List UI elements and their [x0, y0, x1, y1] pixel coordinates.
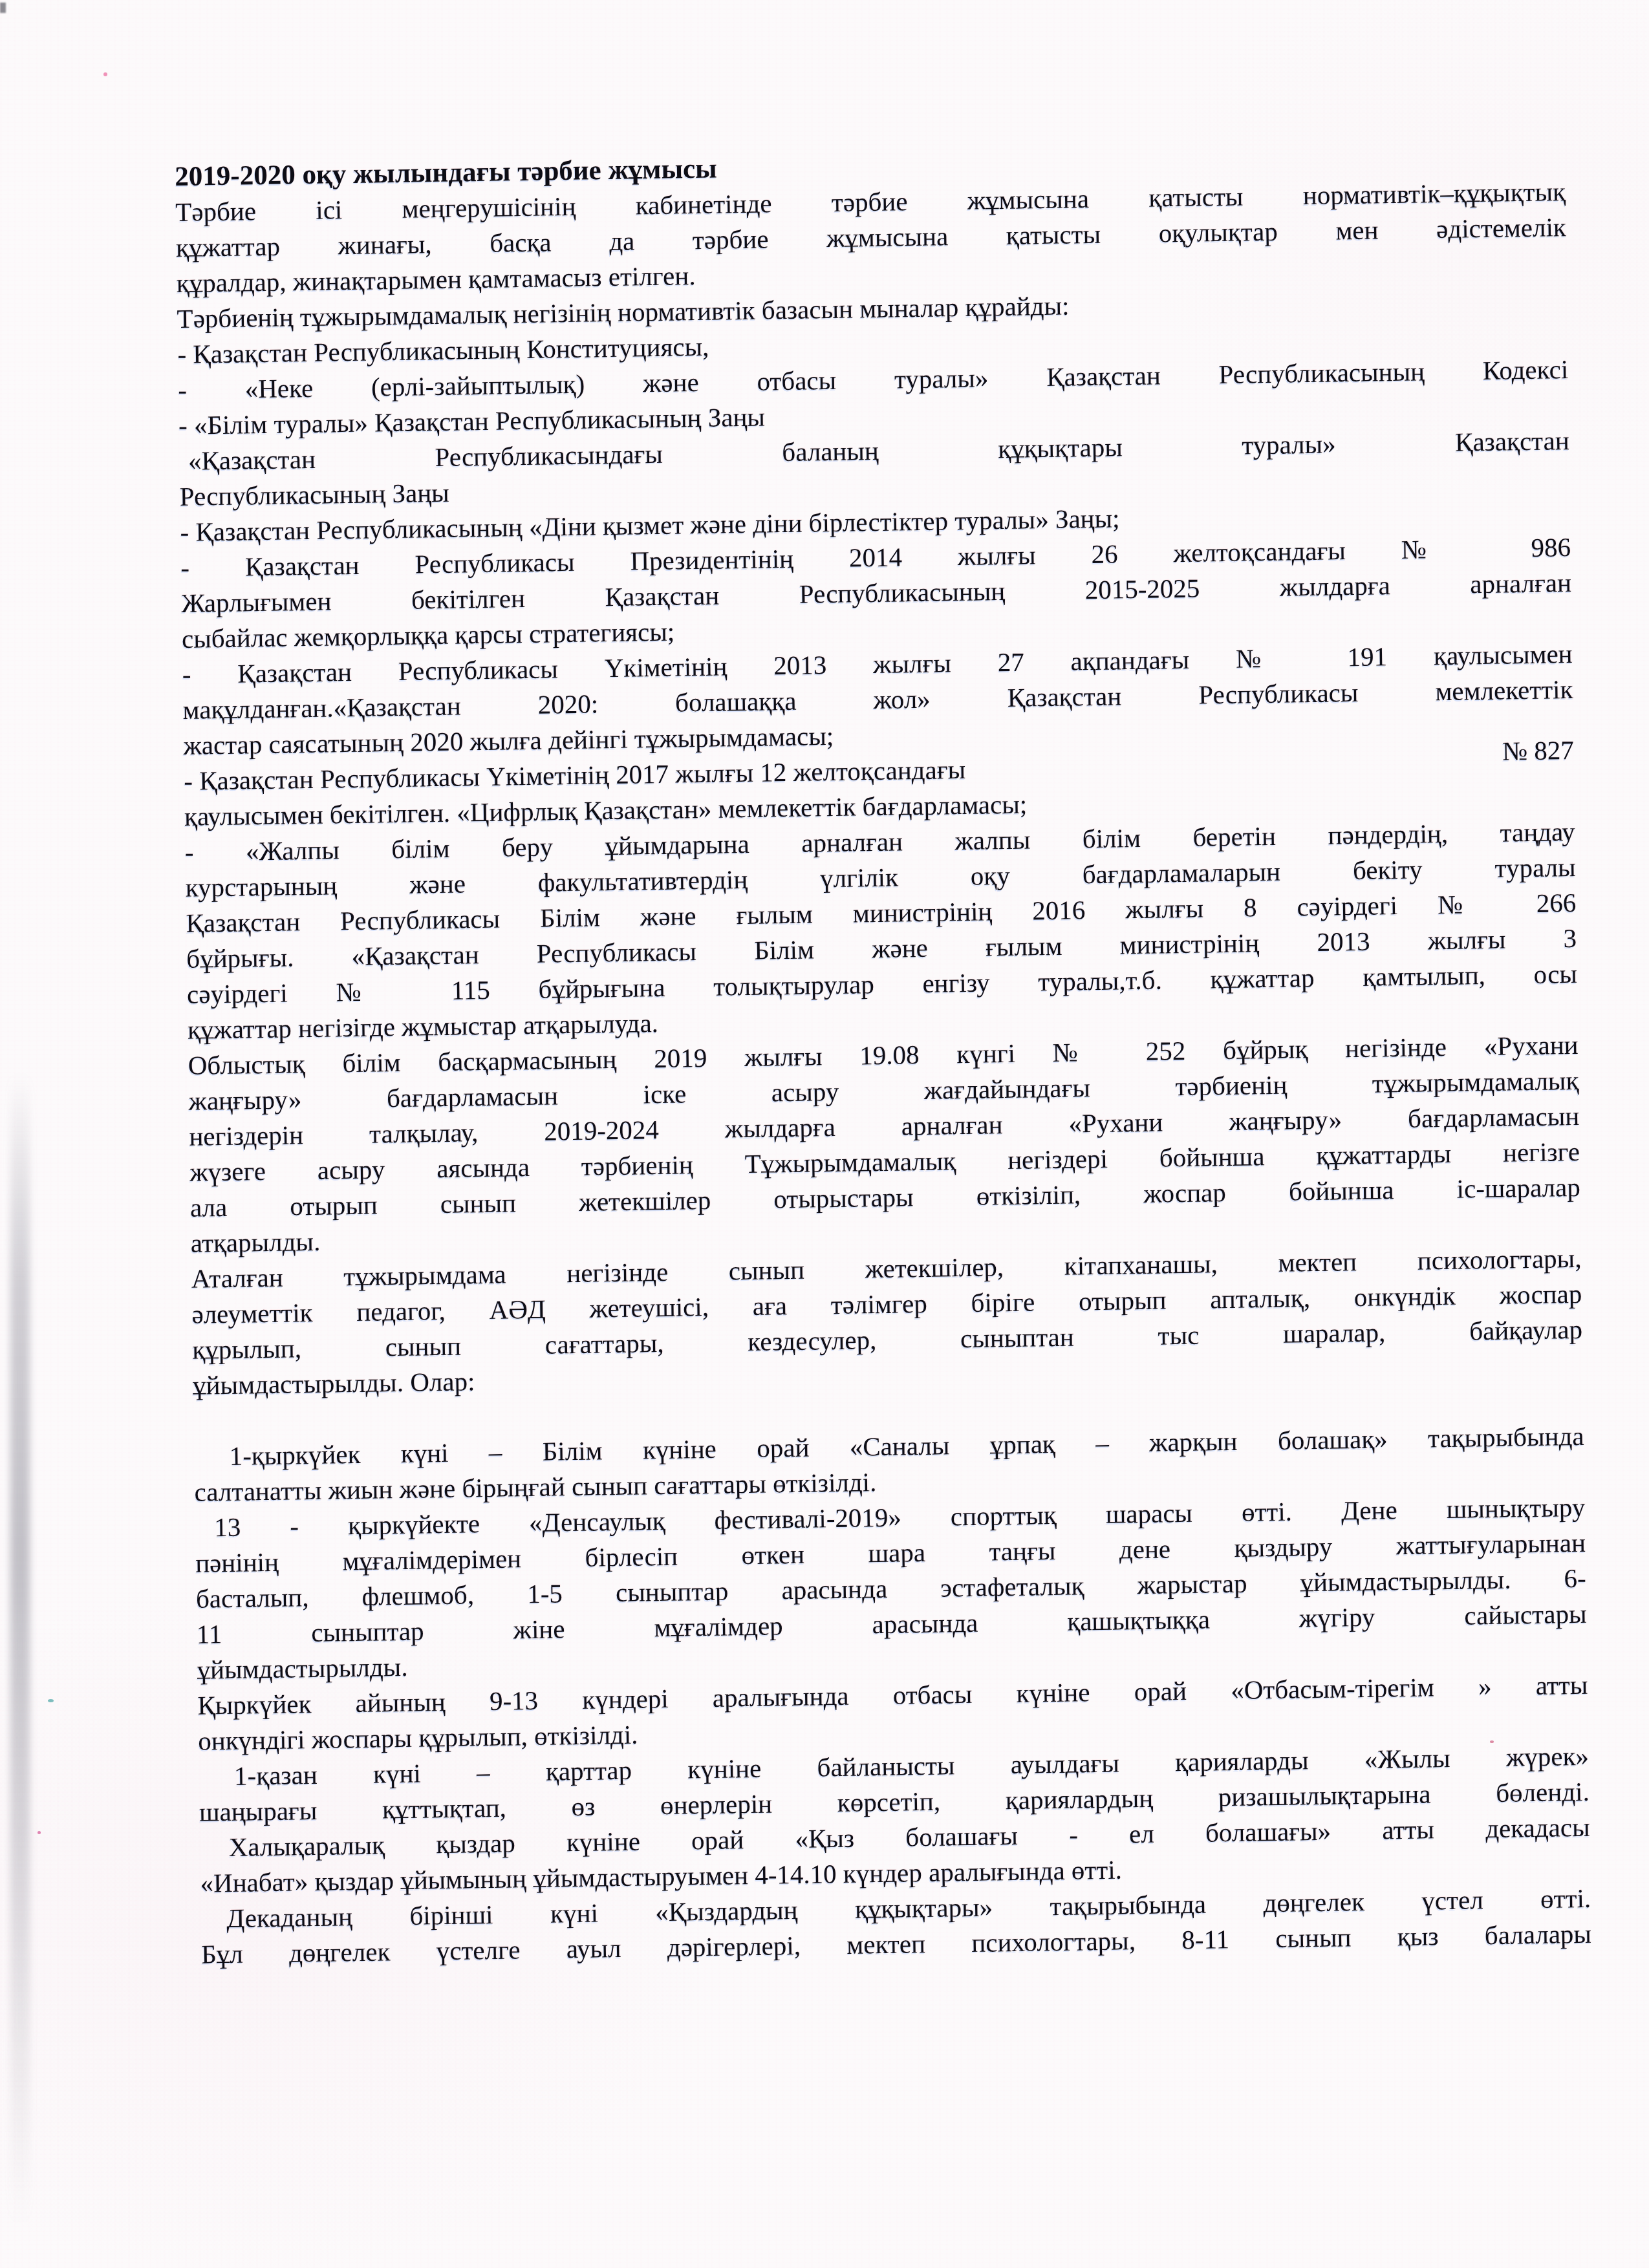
document-body: 2019-2020 оқу жылындағы тәрбие жұмысыТәр…	[175, 138, 1591, 1973]
scanned-document-page: 2019-2020 оқу жылындағы тәрбие жұмысыТәр…	[0, 0, 1649, 2268]
scan-speck	[103, 72, 107, 76]
scan-corner-artifact	[0, 3, 6, 13]
document-ref-number: № 827	[1502, 733, 1575, 769]
scan-speck	[38, 1831, 41, 1834]
scan-edge-smudge	[10, 1073, 30, 2224]
scan-speck	[48, 1699, 54, 1702]
